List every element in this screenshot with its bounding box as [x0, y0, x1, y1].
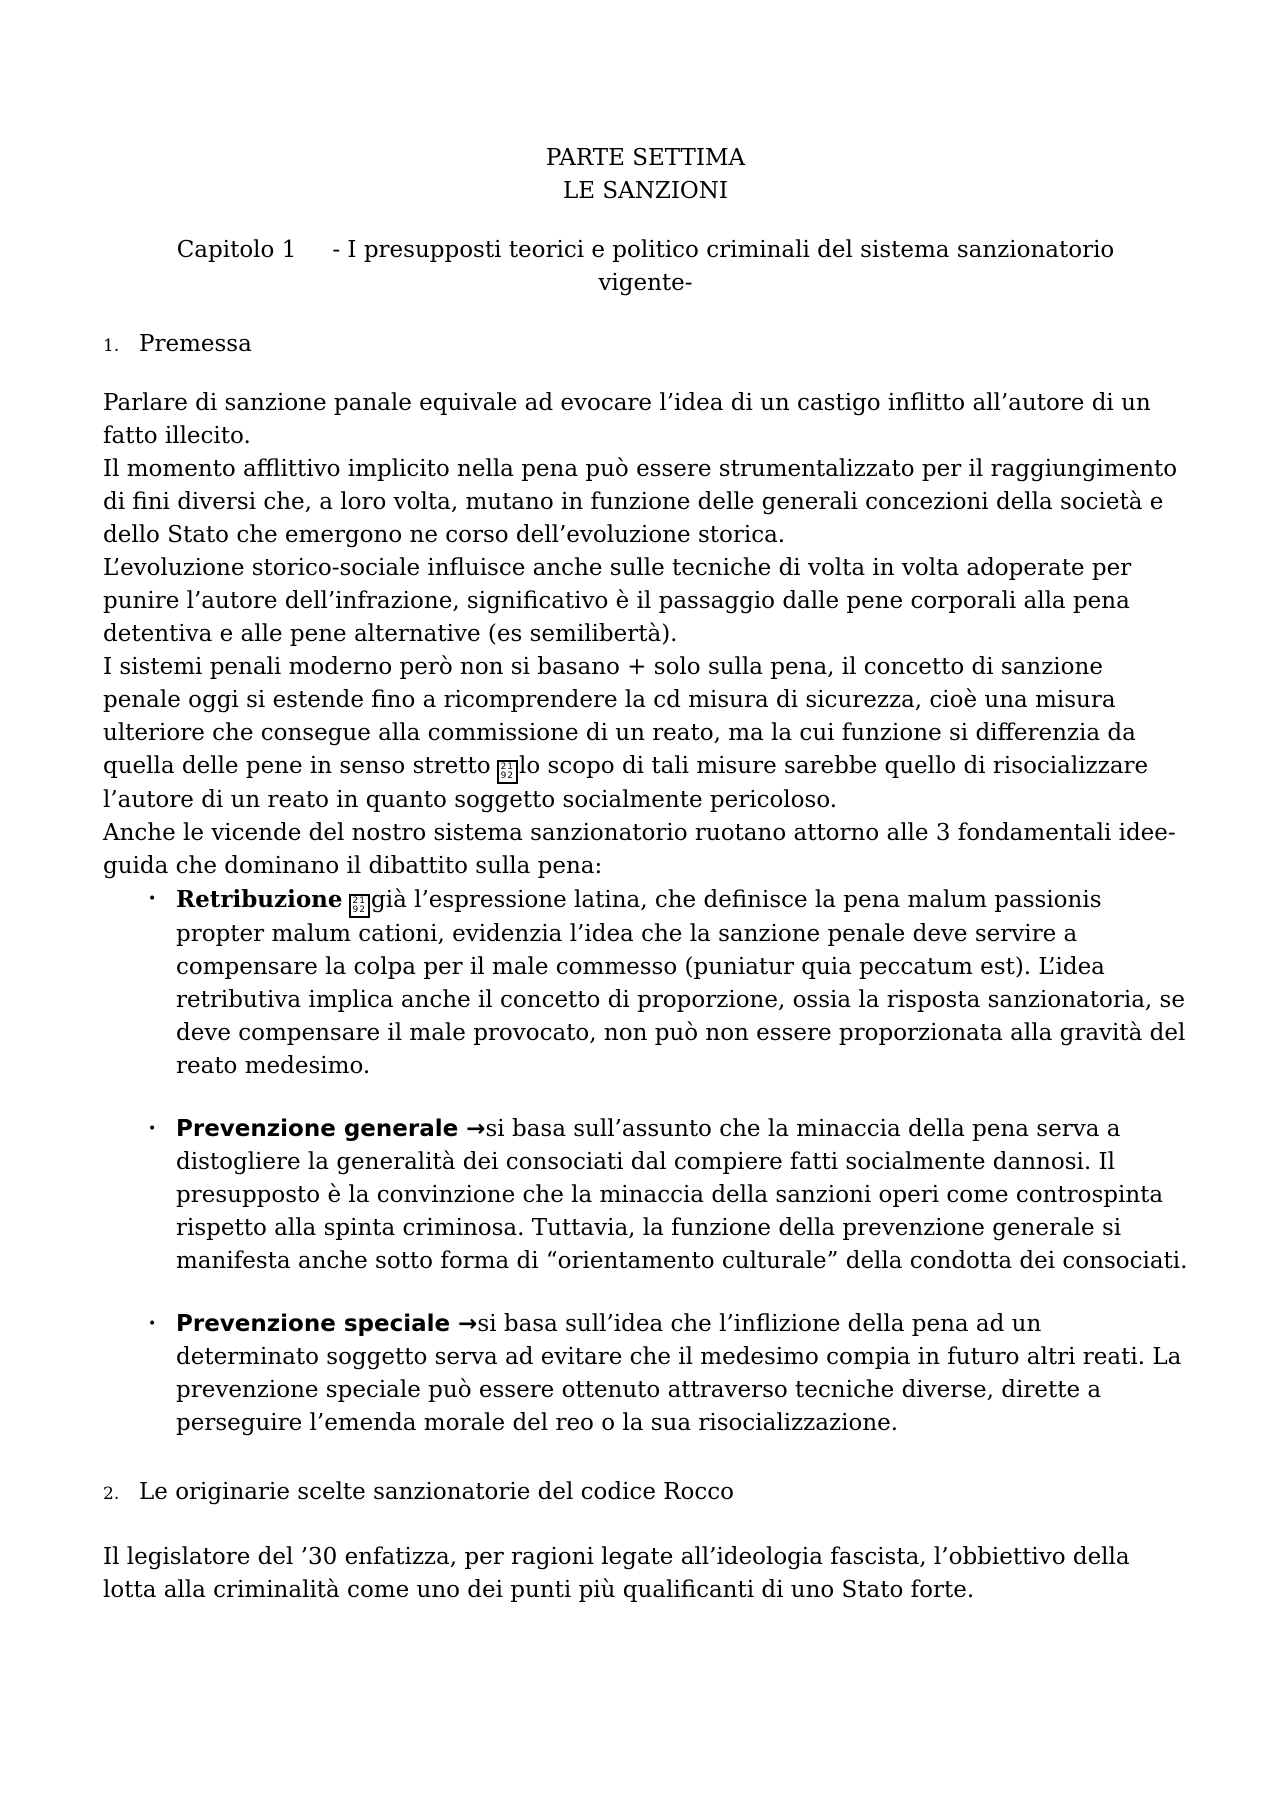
bullet-icon: • — [148, 1113, 176, 1278]
document-content: PARTE SETTIMA LE SANZIONI Capitolo 1- I … — [0, 0, 1280, 1647]
section-1-heading: 1.Premessa — [103, 328, 1188, 363]
chapter-heading: Capitolo 1- I presupposti teorici e poli… — [103, 234, 1188, 300]
bullet-label-retribuzione: Retribuzione — [176, 886, 343, 913]
bullet-label-prevenzione-generale: Prevenzione generale — [176, 1116, 458, 1142]
right-arrow-icon: → — [466, 1116, 485, 1142]
chapter-title: - I presupposti teorici e politico crimi… — [332, 237, 1114, 263]
chapter-title-continuation: vigente- — [103, 267, 1188, 300]
section-1-title: Premessa — [139, 331, 252, 357]
spacer — [450, 1311, 458, 1337]
section-1-number: 1. — [103, 330, 139, 363]
bullet-item-prevenzione-generale: • Prevenzione generale →si basa sull’ass… — [148, 1113, 1188, 1278]
paragraph-1: Parlare di sanzione panale equivale ad e… — [103, 387, 1188, 453]
idea-guida-bullet-list: • Retribuzione2192già l’espressione lati… — [103, 883, 1188, 1440]
right-arrow-icon: → — [458, 1311, 477, 1337]
missing-glyph-code-row2: 92 — [353, 906, 366, 915]
bullet-icon: • — [148, 883, 176, 1083]
part-title: PARTE SETTIMA — [103, 142, 1188, 175]
paragraph-3: L’evoluzione storico-sociale influisce a… — [103, 552, 1188, 651]
chapter-heading-line1: Capitolo 1- I presupposti teorici e poli… — [103, 234, 1188, 267]
section-2-heading: 2.Le originarie scelte sanzionatorie del… — [103, 1476, 1188, 1511]
bullet-icon: • — [148, 1308, 176, 1440]
document-page: PARTE SETTIMA LE SANZIONI Capitolo 1- I … — [0, 0, 1280, 1811]
body-text-block: Parlare di sanzione panale equivale ad e… — [103, 387, 1188, 1440]
missing-glyph-box-arrow-icon: 2192 — [497, 760, 518, 784]
part-subtitle: LE SANZIONI — [103, 175, 1188, 208]
bullet-body: Prevenzione generale →si basa sull’assun… — [176, 1113, 1188, 1278]
bullet-body: Retribuzione2192già l’espressione latina… — [176, 883, 1188, 1083]
paragraph-4: I sistemi penali moderno però non si bas… — [103, 651, 1188, 817]
bullet-item-prevenzione-speciale: • Prevenzione speciale →si basa sull’ide… — [148, 1308, 1188, 1440]
closing-paragraph: Il legislatore del ’30 enfatizza, per ra… — [103, 1541, 1188, 1607]
paragraph-5: Anche le vicende del nostro sistema sanz… — [103, 817, 1188, 883]
section-2-title: Le originarie scelte sanzionatorie del c… — [139, 1479, 734, 1505]
bullet-text-retribuzione: già l’espressione latina, che definisce … — [176, 887, 1185, 1079]
part-title-block: PARTE SETTIMA LE SANZIONI — [103, 142, 1188, 208]
bullet-body: Prevenzione speciale →si basa sull’idea … — [176, 1308, 1188, 1440]
missing-glyph-code-row2: 92 — [501, 772, 514, 781]
missing-glyph-box-arrow-icon: 2192 — [349, 894, 370, 918]
paragraph-2: Il momento afflittivo implicito nella pe… — [103, 453, 1188, 552]
bullet-item-retribuzione: • Retribuzione2192già l’espressione lati… — [148, 883, 1188, 1083]
chapter-label: Capitolo 1 — [177, 237, 297, 263]
section-2-number: 2. — [103, 1478, 139, 1511]
bullet-label-prevenzione-speciale: Prevenzione speciale — [176, 1311, 450, 1337]
closing-paragraph-block: Il legislatore del ’30 enfatizza, per ra… — [103, 1541, 1188, 1607]
